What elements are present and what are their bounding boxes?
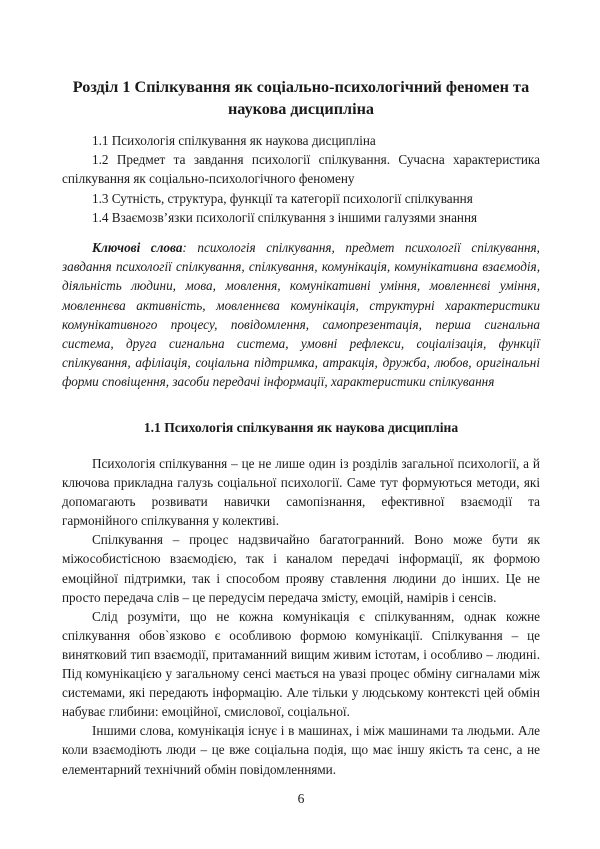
toc-item: 1.1 Психологія спілкування як наукова ди…	[62, 131, 540, 150]
toc-item: 1.4 Взаємозв’язки психології спілкування…	[62, 208, 540, 227]
section-title: 1.1 Психологія спілкування як наукова ди…	[62, 418, 540, 437]
toc-item: 1.2 Предмет та завдання психології спілк…	[62, 150, 540, 188]
body-paragraph: Спілкування – процес надзвичайно багатог…	[62, 530, 540, 606]
keywords-text: : психологія спілкування, предмет психол…	[62, 240, 540, 389]
keywords-paragraph: Ключові слова: психологія спілкування, п…	[62, 238, 540, 392]
keywords-label: Ключові слова	[92, 240, 182, 255]
page-number: 6	[62, 791, 540, 807]
body-paragraph: Слід розуміти, що не кожна комунікація є…	[62, 607, 540, 722]
body-paragraph: Психологія спілкування – це не лише один…	[62, 454, 540, 530]
chapter-contents-list: 1.1 Психологія спілкування як наукова ди…	[62, 131, 540, 227]
chapter-title: Розділ 1 Спілкування як соціально-психол…	[62, 76, 540, 120]
toc-item: 1.3 Сутність, структура, функції та кате…	[62, 189, 540, 208]
section-body: Психологія спілкування – це не лише один…	[62, 454, 540, 779]
body-paragraph: Іншими слова, комунікація існує і в маши…	[62, 721, 540, 778]
